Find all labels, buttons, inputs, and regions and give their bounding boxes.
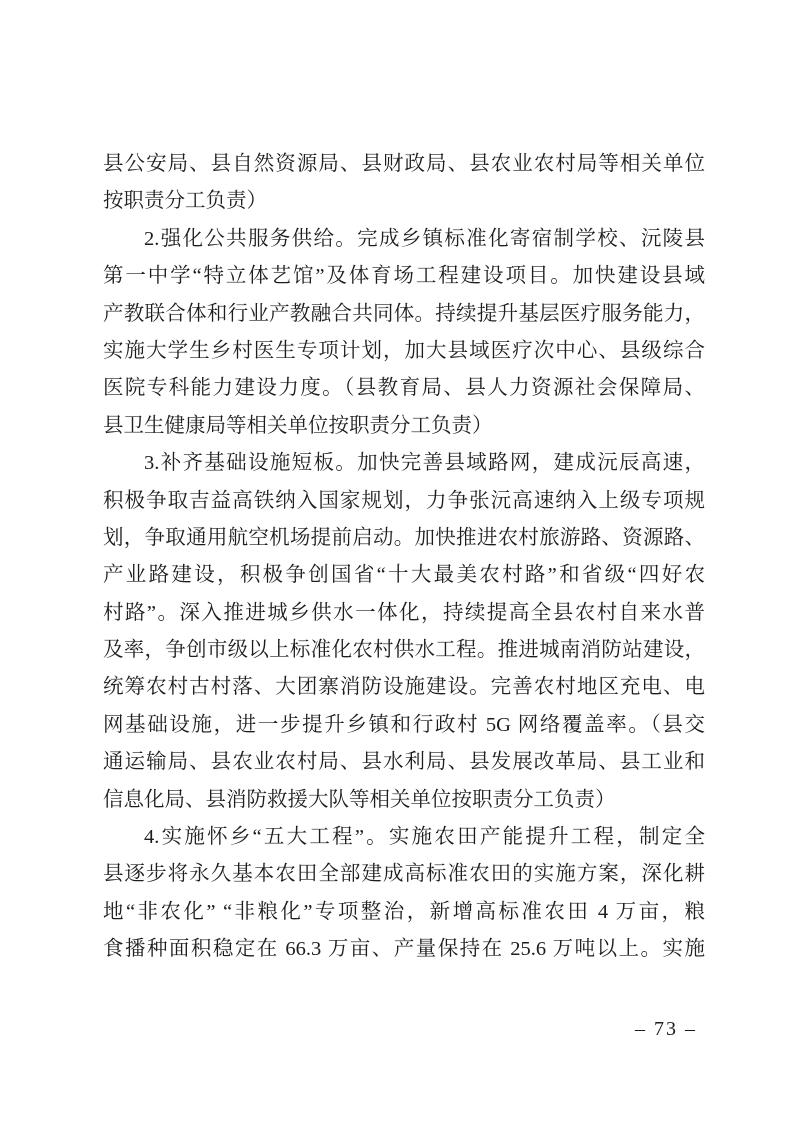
text-line: 产教联合体和行业产教融合共同体。持续提升基层医疗服务能力， [103, 296, 705, 333]
body-text: 县公安局、县自然资源局、县财政局、县农业农村局等相关单位 按职责分工负责） 2.… [103, 146, 705, 969]
text-line: 划，争取通用航空机场提前启动。加快推进农村旅游路、资源路、 [103, 520, 705, 557]
text-line: 统筹农村古村落、大团寨消防设施建设。完善农村地区充电、电 [103, 669, 705, 706]
text-line: 按职责分工负责） [103, 183, 705, 220]
text-line: 医院专科能力建设力度。（县教育局、县人力资源社会保障局、 [103, 370, 705, 407]
text-line: 第一中学“特立体艺馆”及体育场工程建设项目。加快建设县域 [103, 258, 705, 295]
text-line: 县逐步将永久基本农田全部建成高标准农田的实施方案，深化耕 [103, 856, 705, 893]
text-line: 村路”。深入推进城乡供水一体化，持续提高全县农村自来水普 [103, 595, 705, 632]
text-line: 通运输局、县农业农村局、县水利局、县发展改革局、县工业和 [103, 744, 705, 781]
text-line: 食播种面积稳定在 66.3 万亩、产量保持在 25.6 万吨以上。实施 [103, 931, 705, 968]
text-line: 产业路建设，积极争创国省“十大最美农村路”和省级“四好农 [103, 557, 705, 594]
text-line: 3.补齐基础设施短板。加快完善县域路网，建成沅辰高速， [103, 445, 705, 482]
text-line: 地“非农化” “非粮化”专项整治，新增高标准农田 4 万亩，粮 [103, 894, 705, 931]
text-line: 实施大学生乡村医生专项计划，加大县域医疗次中心、县级综合 [103, 333, 705, 370]
document-page: 县公安局、县自然资源局、县财政局、县农业农村局等相关单位 按职责分工负责） 2.… [0, 0, 793, 1122]
text-line: 县卫生健康局等相关单位按职责分工负责） [103, 408, 705, 445]
text-line: 4.实施怀乡“五大工程”。实施农田产能提升工程，制定全 [103, 819, 705, 856]
text-line: 积极争取吉益高铁纳入国家规划，力争张沅高速纳入上级专项规 [103, 483, 705, 520]
text-line: 及率，争创市级以上标准化农村供水工程。推进城南消防站建设， [103, 632, 705, 669]
text-line: 县公安局、县自然资源局、县财政局、县农业农村局等相关单位 [103, 146, 705, 183]
page-number: – 73 – [635, 1018, 697, 1041]
text-line: 信息化局、县消防救援大队等相关单位按职责分工负责） [103, 782, 705, 819]
text-line: 网基础设施，进一步提升乡镇和行政村 5G 网络覆盖率。（县交 [103, 707, 705, 744]
text-line: 2.强化公共服务供给。完成乡镇标准化寄宿制学校、沅陵县 [103, 221, 705, 258]
